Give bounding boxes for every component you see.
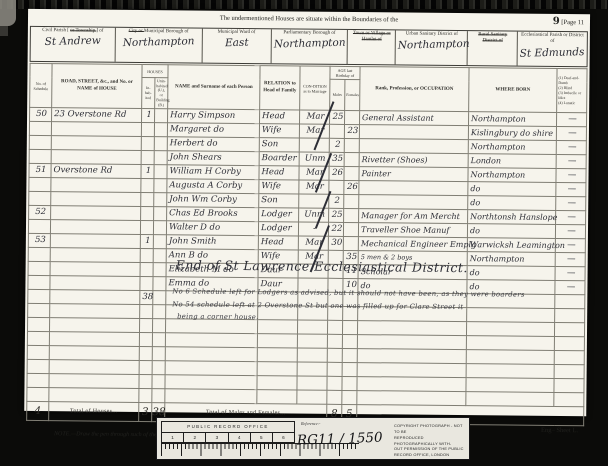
cell-age_f [343, 237, 358, 251]
header-road: ROAD, STREET, &c., and No. or NAME of HO… [52, 64, 142, 109]
cell-schedule: 52 [29, 206, 51, 220]
cell-road [49, 318, 139, 333]
sheet-label: Eng– Sheet L. [541, 427, 578, 434]
header-schedule: No. of Schedule [30, 63, 52, 108]
district-cell: Rural Sanitary District of [468, 31, 518, 65]
cell-disability [555, 295, 585, 309]
disability-header: (1) Deaf-and-Dumb(2) Blind(3) Imbecile o… [557, 68, 587, 113]
ruler-number: 5 [251, 433, 273, 442]
cell-inh [141, 151, 154, 165]
district-value: St Andrew [33, 35, 113, 49]
cell-name: John Smith [166, 235, 258, 250]
district-cell: Town or Village or Hamlet of [348, 30, 396, 64]
header-name: NAME and Surname of each Person [168, 65, 260, 110]
cell-uninh [154, 165, 167, 179]
census-table-body: 5023 Overstone Rd1Harry SimpsonHeadMar25… [27, 108, 587, 407]
cell-uninh [154, 179, 167, 193]
cell-road [50, 276, 140, 291]
cell-name: John Shears [167, 151, 259, 166]
cell-schedule [28, 304, 50, 318]
cell-age_m: 2 [329, 195, 344, 209]
district-label: Rural Sanitary District of [470, 32, 515, 45]
cell-road [51, 136, 141, 151]
cell-schedule [28, 248, 50, 262]
cell-relation [257, 320, 297, 334]
district-value: Northampton [398, 38, 465, 52]
cell-occupation: Manager for Am Mercht [359, 209, 468, 224]
cell-inh [139, 347, 152, 361]
cell-age_f [344, 111, 359, 125]
cell-age_f [344, 195, 359, 209]
cell-age_f [342, 377, 357, 391]
cell-occupation [357, 335, 466, 350]
cell-age_f [342, 321, 357, 335]
ruler-number: 4 [229, 433, 251, 442]
district-cell: Urban Sanitary District of Northampton [396, 30, 468, 65]
header-inhabited: In-hab-ited [142, 78, 155, 110]
cell-born: London [468, 154, 556, 169]
cell-born: do [468, 196, 556, 211]
cell-age_f [342, 363, 357, 377]
census-sheet: The undermentioned Houses are situate wi… [24, 9, 590, 416]
cell-name [165, 333, 257, 348]
copyright-line: REPRODUCED PHOTOGRAPHICALLY WITH- [394, 435, 467, 447]
cell-road: Overstone Rd [51, 164, 141, 179]
cell-road [51, 206, 141, 221]
cell-schedule [28, 290, 50, 304]
heading-text: The undermentioned Houses are situate wi… [220, 15, 399, 24]
cell-disability: — [556, 197, 586, 211]
ruler-number: 3 [206, 433, 228, 442]
cell-occupation: General Assistant [360, 111, 469, 126]
cell-relation [257, 390, 297, 404]
cell-uninh [153, 249, 166, 263]
cell-disability: — [556, 183, 586, 197]
cell-uninh [152, 347, 165, 361]
cell-name [165, 319, 257, 334]
scanned-census-page: The undermentioned Houses are situate wi… [0, 0, 608, 466]
cell-road [50, 290, 140, 305]
cell-uninh [153, 277, 166, 291]
cell-occupation [357, 391, 466, 406]
cell-name: Harry Simpson [168, 109, 260, 124]
cell-relation: Son [259, 138, 299, 152]
cell-born [466, 336, 554, 351]
cell-born: Northampton [468, 168, 556, 183]
cell-road [49, 374, 139, 389]
cell-schedule [27, 388, 49, 402]
cell-schedule [29, 192, 51, 206]
cell-relation: Son [259, 194, 299, 208]
cell-born [466, 364, 554, 379]
header-relation: RELATION to Head of Family [260, 66, 300, 111]
cell-disability [554, 337, 584, 351]
cell-age_f [344, 209, 359, 223]
cell-name [165, 389, 257, 404]
copyright-line: RECORD OFFICE, LONDON [394, 452, 467, 458]
cell-occupation [359, 181, 468, 196]
cell-disability: — [556, 141, 586, 155]
cell-occupation [357, 363, 466, 378]
district-value [350, 44, 393, 45]
cell-relation [257, 348, 297, 362]
cell-uninh [152, 389, 165, 403]
cell-occupation: Rivetter (Shoes) [359, 153, 468, 168]
cell-inh [140, 249, 153, 263]
cell-age_m: 30 [328, 237, 343, 251]
cell-inh [141, 207, 154, 221]
cell-born [466, 378, 554, 393]
cell-road: 23 Overstone Rd [52, 108, 142, 123]
cell-schedule [29, 178, 51, 192]
cell-born: Northampton [467, 252, 555, 267]
cell-age_f [344, 153, 359, 167]
cell-uninh [154, 207, 167, 221]
cell-relation: Head [259, 166, 299, 180]
cell-inh: 1 [140, 235, 153, 249]
cell-disability [554, 393, 584, 407]
cell-relation [257, 376, 297, 390]
cell-disability [555, 309, 585, 323]
cell-disability: — [555, 253, 585, 267]
cell-name: William H Corby [167, 165, 259, 180]
cell-disability: — [555, 225, 585, 239]
cell-uninh [152, 319, 165, 333]
cell-relation: Wife [259, 180, 299, 194]
cell-occupation [357, 377, 466, 392]
cell-age_f [342, 335, 357, 349]
cell-inh [139, 389, 152, 403]
district-cell: City or Municipal Borough of Northampton [115, 28, 202, 63]
film-corner-smudge [0, 26, 8, 36]
cell-inh [140, 263, 153, 277]
cell-uninh [152, 333, 165, 347]
ruler-number: 2 [184, 433, 206, 442]
district-value [470, 45, 515, 46]
cell-uninh [153, 263, 166, 277]
cell-relation: Lodger [259, 208, 299, 222]
district-value: Northampton [273, 37, 345, 51]
cell-inh [141, 123, 154, 137]
cell-born [466, 350, 554, 365]
cell-born: Northtonsh Hanslope [468, 210, 556, 225]
district-end-annotation: End of St Lawrence Ecclesiastical Distri… [176, 257, 468, 275]
cell-born [467, 308, 555, 323]
cell-road [51, 122, 141, 137]
cell-age_f: 26 [344, 181, 359, 195]
cell-age_m: 2 [329, 139, 344, 153]
cell-age_f: 23 [344, 125, 359, 139]
cell-schedule: 50 [30, 108, 52, 122]
cell-relation: Head [258, 236, 298, 250]
total-houses-label: Total of Houses... [49, 409, 138, 416]
cell-road [51, 192, 141, 207]
cell-name: Margaret do [167, 123, 259, 138]
cell-road [50, 248, 140, 263]
district-value: East [204, 36, 268, 50]
cell-born [466, 392, 554, 407]
cell-age_m [327, 349, 342, 363]
cell-schedule [28, 276, 50, 290]
cell-born: do [467, 266, 555, 281]
cell-schedule [28, 262, 50, 276]
cell-disability: — [556, 127, 586, 141]
cell-born: do [467, 224, 555, 239]
cell-inh: 38 [140, 291, 153, 305]
cell-relation [257, 362, 297, 376]
ruler-number: 1 [162, 433, 184, 442]
cell-road [49, 360, 139, 375]
header-condition: CON-DITION as to Marriage [300, 66, 330, 111]
header-born: WHERE BORN [469, 68, 557, 113]
cell-inh [140, 221, 153, 235]
header-uninhabited: Unin-habited (U.), or Building (B.) [155, 78, 168, 110]
cell-road [50, 304, 140, 319]
cell-name [165, 347, 257, 362]
cell-uninh [153, 291, 166, 305]
ruler-numbers: 123456 [161, 433, 295, 443]
header-females: Females [345, 79, 360, 111]
cell-name: Walter D do [166, 221, 258, 236]
cell-occupation: Painter [359, 167, 468, 182]
cell-inh [141, 137, 154, 151]
cell-schedule [29, 150, 51, 164]
cell-disability: — [556, 169, 586, 183]
cell-condition [297, 334, 327, 348]
cell-disability [554, 365, 584, 379]
reference-number: RG11 / 1550 [297, 429, 391, 448]
cell-schedule: 53 [28, 234, 50, 248]
cell-inh [141, 179, 154, 193]
cell-condition: Mar [299, 180, 329, 194]
film-corner-smudge [0, 0, 16, 26]
cell-road [49, 388, 139, 403]
cell-name [165, 375, 257, 390]
cell-age_m [327, 321, 342, 335]
cell-name: Herbert do [167, 137, 259, 152]
cell-age_m: 25 [329, 209, 344, 223]
cell-age_f [342, 391, 357, 405]
cell-disability [554, 323, 584, 337]
cell-uninh [153, 305, 166, 319]
cell-disability [554, 351, 584, 365]
cell-road [50, 234, 140, 249]
district-cell: Parliamentary Borough of Northampton [271, 29, 348, 64]
cell-age_m: 35 [329, 153, 344, 167]
cell-uninh [153, 235, 166, 249]
cell-uninh [152, 361, 165, 375]
cell-condition [297, 376, 327, 390]
district-row: Civil Parish [ or Township ] of St Andre… [30, 26, 588, 67]
pro-stamp: PUBLIC RECORD OFFICE 123456 Reference:- … [156, 417, 470, 460]
cell-relation [257, 334, 297, 348]
cell-uninh [153, 221, 166, 235]
cell-road [49, 346, 139, 361]
pro-title: PUBLIC RECORD OFFICE [161, 421, 295, 433]
total-schedules: 4 [27, 405, 48, 417]
cell-occupation [359, 195, 468, 210]
cell-born [466, 322, 554, 337]
cell-road [50, 220, 140, 235]
cell-relation: Lodger [258, 222, 298, 236]
cell-occupation [359, 139, 468, 154]
district-value: St Edmunds [520, 46, 585, 60]
reference-label: Reference:- [301, 421, 390, 426]
cell-schedule [27, 332, 49, 346]
cell-uninh [154, 137, 167, 151]
cell-age_m: 26 [329, 167, 344, 181]
cell-schedule [29, 136, 51, 150]
cell-inh [140, 305, 153, 319]
cell-occupation: Traveller Shoe Manuf [358, 223, 467, 238]
cell-occupation: Mechanical Engineer Emplg [358, 237, 467, 252]
cell-name: John Wm Corby [167, 193, 259, 208]
cell-condition: Mar [299, 124, 329, 138]
cell-schedule [27, 360, 49, 374]
cell-age_f [343, 223, 358, 237]
district-label: Ecclesiastical Parish or District of [520, 33, 585, 46]
cell-born: Northampton [468, 140, 556, 155]
cell-inh: 1 [142, 109, 155, 123]
cell-relation: Wife [259, 124, 299, 138]
cell-disability: — [556, 211, 586, 225]
cell-occupation [357, 321, 466, 336]
cell-disability: — [555, 267, 585, 281]
cell-schedule [27, 346, 49, 360]
cell-disability: — [556, 155, 586, 169]
cell-born: do [468, 182, 556, 197]
cell-inh [141, 193, 154, 207]
cell-disability: — [557, 113, 587, 127]
cell-age_m [329, 125, 344, 139]
copyright-line: COPYRIGHT PHOTOGRAPH - NOT TO BE [394, 423, 467, 435]
cell-uninh [154, 193, 167, 207]
cell-inh [140, 277, 153, 291]
cell-schedule: 51 [29, 164, 51, 178]
cell-age_f [342, 349, 357, 363]
cell-age_m [327, 363, 342, 377]
cell-occupation [357, 349, 466, 364]
cell-age_m: 22 [328, 223, 343, 237]
district-label: Town or Village or Hamlet of [350, 31, 393, 44]
ruler-number: 6 [273, 433, 294, 442]
cell-age_m: 25 [329, 111, 344, 125]
cell-relation: Boarder [259, 152, 299, 166]
enumerator-note: being a corner house. [177, 312, 259, 321]
header-age: AGE last Birthday of [330, 66, 360, 79]
cell-age_f [344, 139, 359, 153]
cell-condition [297, 348, 327, 362]
cell-condition: Unm [299, 208, 329, 222]
cell-disability [554, 379, 584, 393]
pro-ruler-panel: PUBLIC RECORD OFFICE 123456 [161, 421, 295, 457]
cell-uninh [155, 109, 168, 123]
cell-age_f [344, 167, 359, 181]
cell-condition [297, 320, 327, 334]
header-occupation: Rank, Profession, or OCCUPATION [360, 67, 469, 112]
cell-age_m [329, 181, 344, 195]
copyright-notice: COPYRIGHT PHOTOGRAPH - NOT TO BEREPRODUC… [390, 421, 467, 457]
cell-inh [139, 375, 152, 389]
cell-disability: — [555, 281, 585, 295]
cell-age_m [327, 391, 342, 405]
total-inhabited: 3 [139, 406, 151, 418]
cell-uninh [154, 123, 167, 137]
folio-number: 9 [Page 11 [553, 16, 584, 27]
header-houses: HOUSES [142, 65, 168, 78]
cell-condition [297, 390, 327, 404]
cell-schedule [28, 220, 50, 234]
cell-born: Kislingbury do shire [468, 126, 556, 141]
cell-uninh [154, 151, 167, 165]
cell-name: Augusta A Corby [167, 179, 259, 194]
cell-schedule [27, 374, 49, 388]
district-value: Northampton [118, 35, 200, 49]
cell-inh [139, 319, 152, 333]
cell-schedule [29, 122, 51, 136]
cell-occupation [359, 125, 468, 140]
cell-relation: Head [260, 110, 300, 124]
cell-name [165, 361, 257, 376]
cell-age_m [327, 335, 342, 349]
cell-road [49, 332, 139, 347]
district-cell: Civil Parish [ or Township ] of St Andre… [31, 27, 116, 62]
cell-born: Warwicksh Leamington [467, 238, 555, 253]
cell-road [50, 262, 140, 277]
cell-name: Chas Ed Brooks [167, 207, 259, 222]
cell-condition [297, 362, 327, 376]
cell-road [51, 150, 141, 165]
cell-inh [139, 333, 152, 347]
cell-road [51, 178, 141, 193]
cell-inh: 1 [141, 165, 154, 179]
cell-inh [139, 361, 152, 375]
census-table: No. of Schedule ROAD, STREET, &c., and N… [26, 63, 587, 427]
film-edge-texture [0, 0, 608, 9]
cell-uninh [152, 375, 165, 389]
cell-age_m [327, 377, 342, 391]
cell-born: Northampton [469, 112, 557, 127]
district-cell: Municipal Ward of East [202, 29, 271, 64]
cell-schedule [27, 318, 49, 332]
district-cell: Ecclesiastical Parish or District of St … [518, 32, 587, 67]
